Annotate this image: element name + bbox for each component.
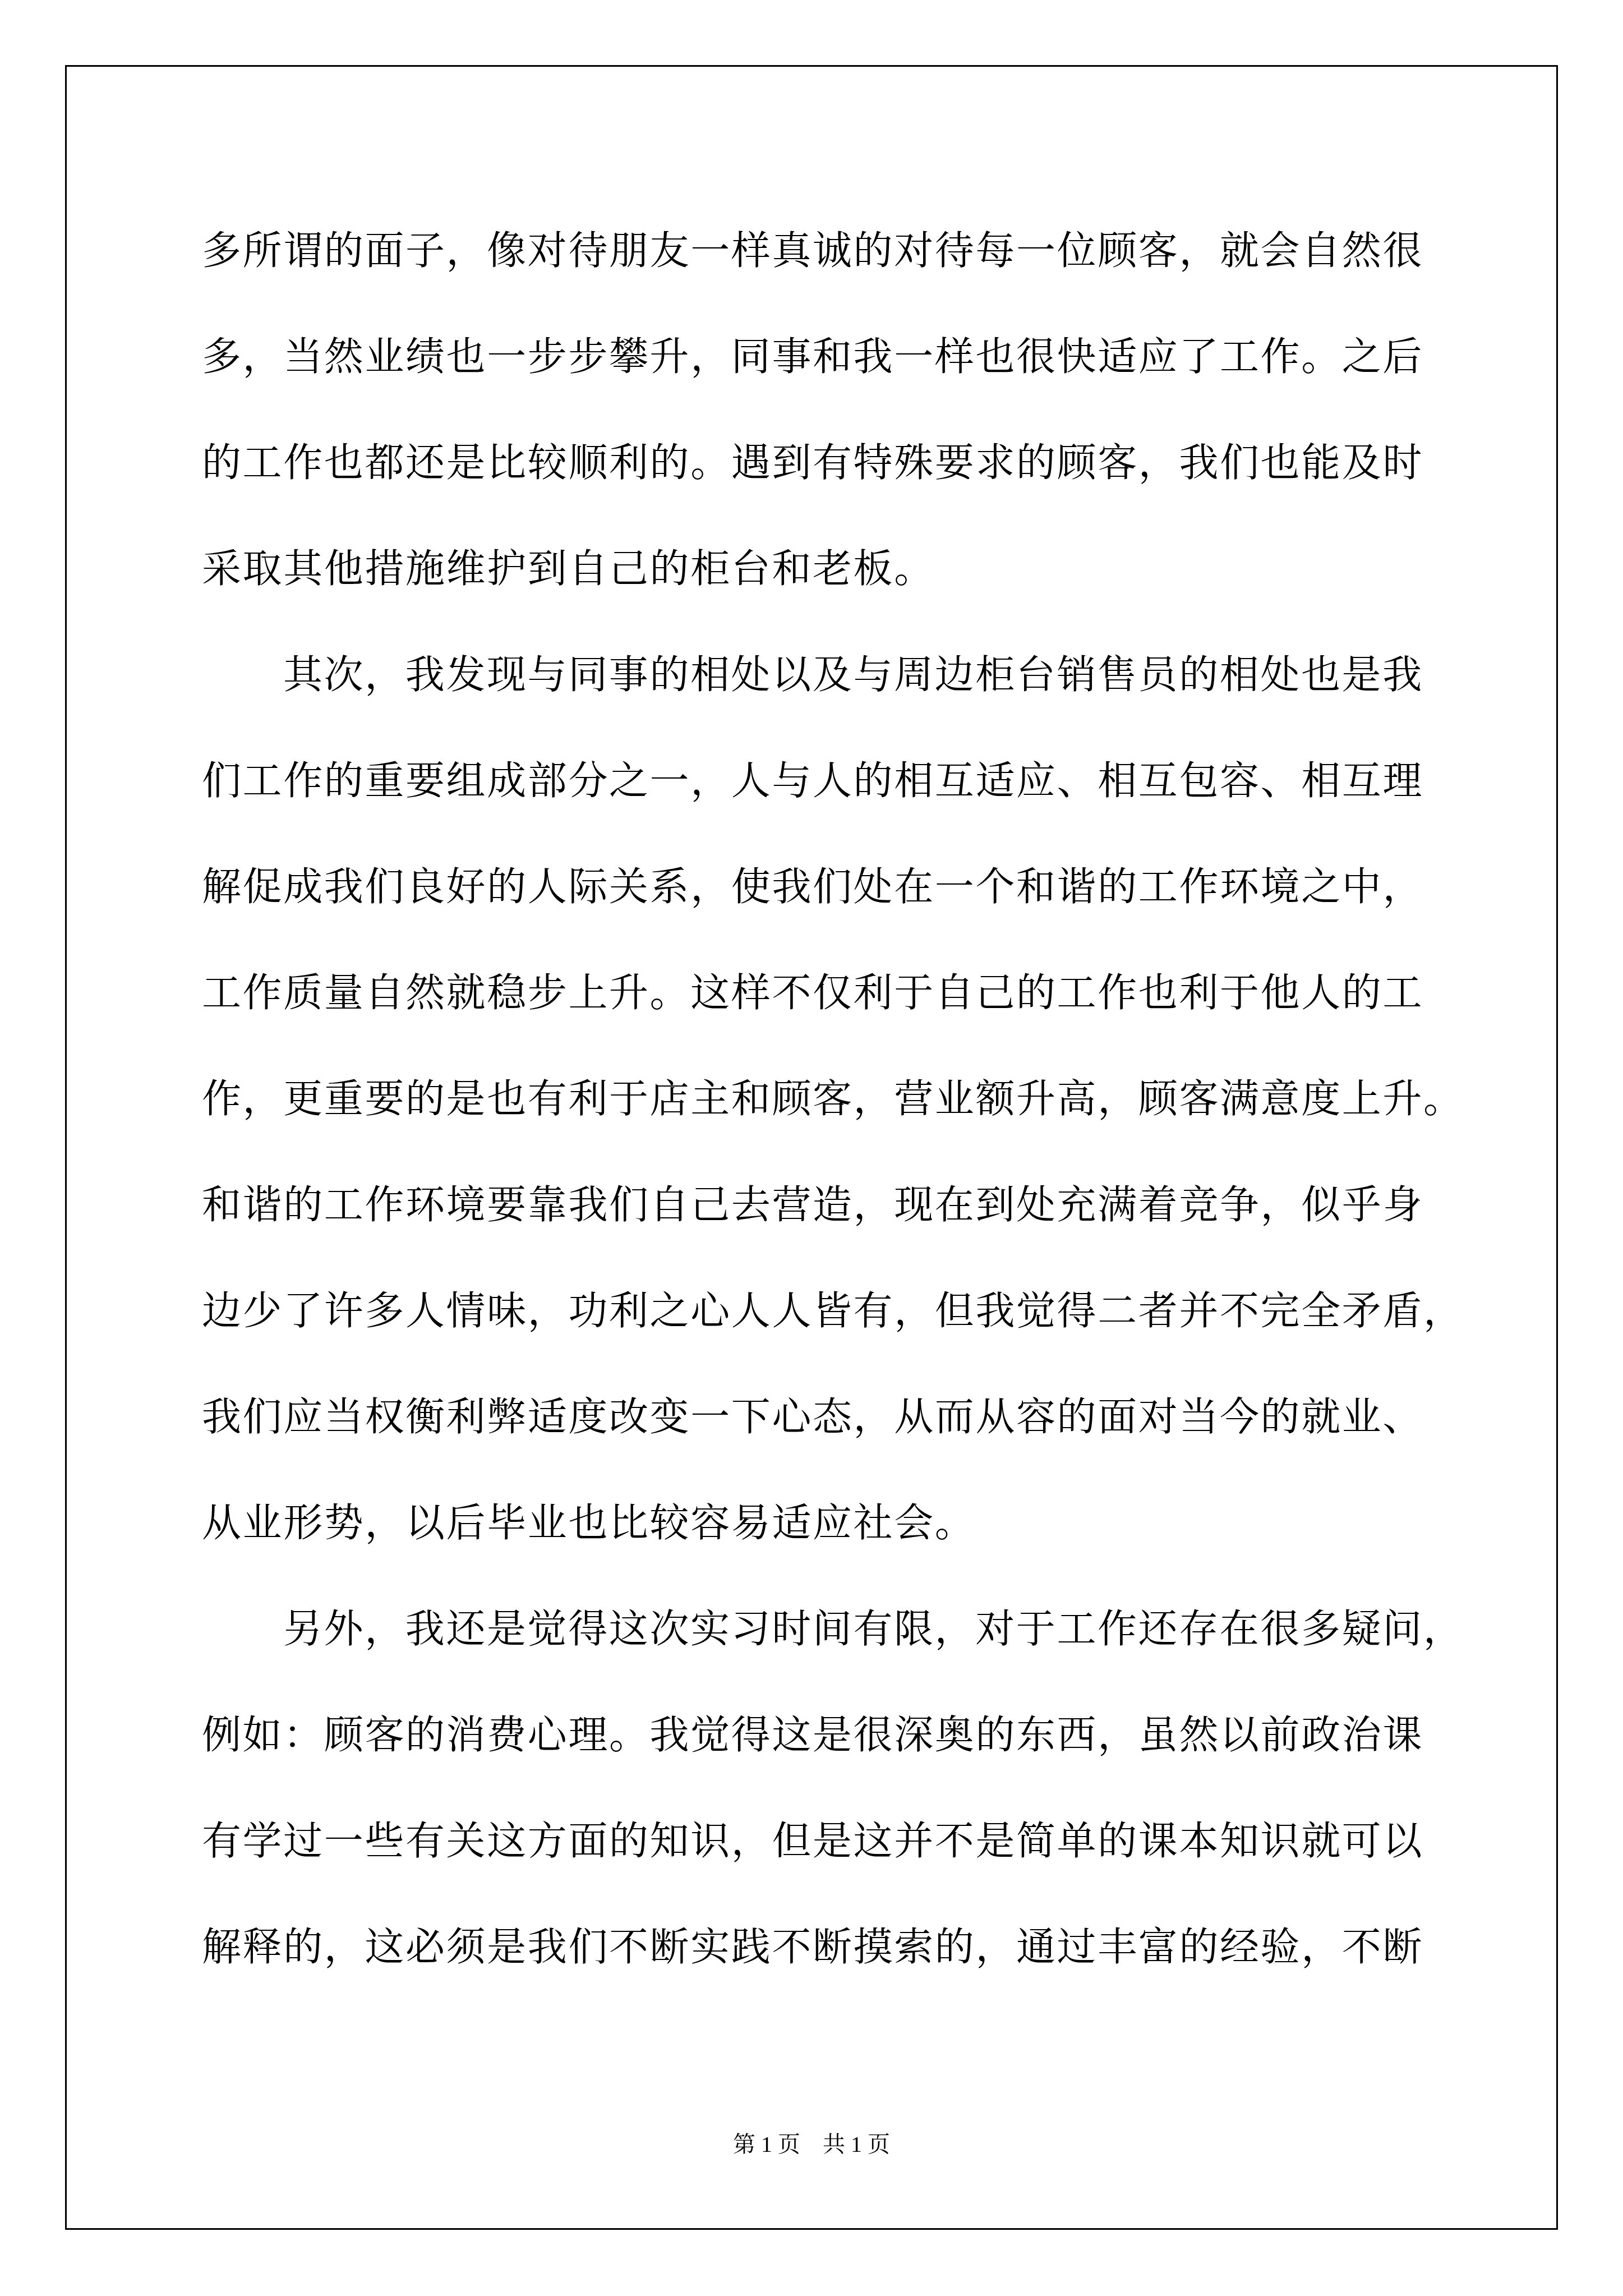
- paragraph-1: 多所谓的面子，像对待朋友一样真诚的对待每一位顾客，就会自然很 多，当然业绩也一步…: [202, 198, 1469, 622]
- text-line: 作，更重要的是也有利于店主和顾客，营业额升高，顾客满意度上升。: [202, 1046, 1469, 1152]
- text-line: 们工作的重要组成部分之一，人与人的相互适应、相互包容、相互理: [202, 728, 1469, 834]
- text-line: 另外，我还是觉得这次实习时间有限，对于工作还存在很多疑问，: [202, 1576, 1469, 1682]
- text-line: 解释的，这必须是我们不断实践不断摸索的，通过丰富的经验，不断: [202, 1894, 1469, 2000]
- text-line: 工作质量自然就稳步上升。这样不仅利于自己的工作也利于他人的工: [202, 940, 1469, 1046]
- text-line: 例如：顾客的消费心理。我觉得这是很深奥的东西，虽然以前政治课: [202, 1682, 1469, 1788]
- text-line: 从业形势，以后毕业也比较容易适应社会。: [202, 1470, 1469, 1576]
- text-line: 采取其他措施维护到自己的柜台和老板。: [202, 516, 1469, 622]
- document-body: 多所谓的面子，像对待朋友一样真诚的对待每一位顾客，就会自然很 多，当然业绩也一步…: [202, 198, 1469, 2000]
- text-line: 多，当然业绩也一步步攀升，同事和我一样也很快适应了工作。之后: [202, 304, 1469, 410]
- text-line: 多所谓的面子，像对待朋友一样真诚的对待每一位顾客，就会自然很: [202, 198, 1469, 304]
- text-line: 的工作也都还是比较顺利的。遇到有特殊要求的顾客，我们也能及时: [202, 410, 1469, 516]
- text-line: 和谐的工作环境要靠我们自己去营造，现在到处充满着竞争，似乎身: [202, 1152, 1469, 1258]
- text-line: 我们应当权衡利弊适度改变一下心态，从而从容的面对当今的就业、: [202, 1364, 1469, 1470]
- text-line: 解促成我们良好的人际关系，使我们处在一个和谐的工作环境之中，: [202, 834, 1469, 940]
- text-line: 边少了许多人情味，功利之心人人皆有，但我觉得二者并不完全矛盾，: [202, 1258, 1469, 1364]
- paragraph-3: 另外，我还是觉得这次实习时间有限，对于工作还存在很多疑问， 例如：顾客的消费心理…: [202, 1576, 1469, 2000]
- text-line: 有学过一些有关这方面的知识，但是这并不是简单的课本知识就可以: [202, 1788, 1469, 1894]
- page-number-footer: 第 1 页 共 1 页: [0, 2129, 1623, 2160]
- text-line: 其次，我发现与同事的相处以及与周边柜台销售员的相处也是我: [202, 622, 1469, 728]
- paragraph-2: 其次，我发现与同事的相处以及与周边柜台销售员的相处也是我 们工作的重要组成部分之…: [202, 622, 1469, 1576]
